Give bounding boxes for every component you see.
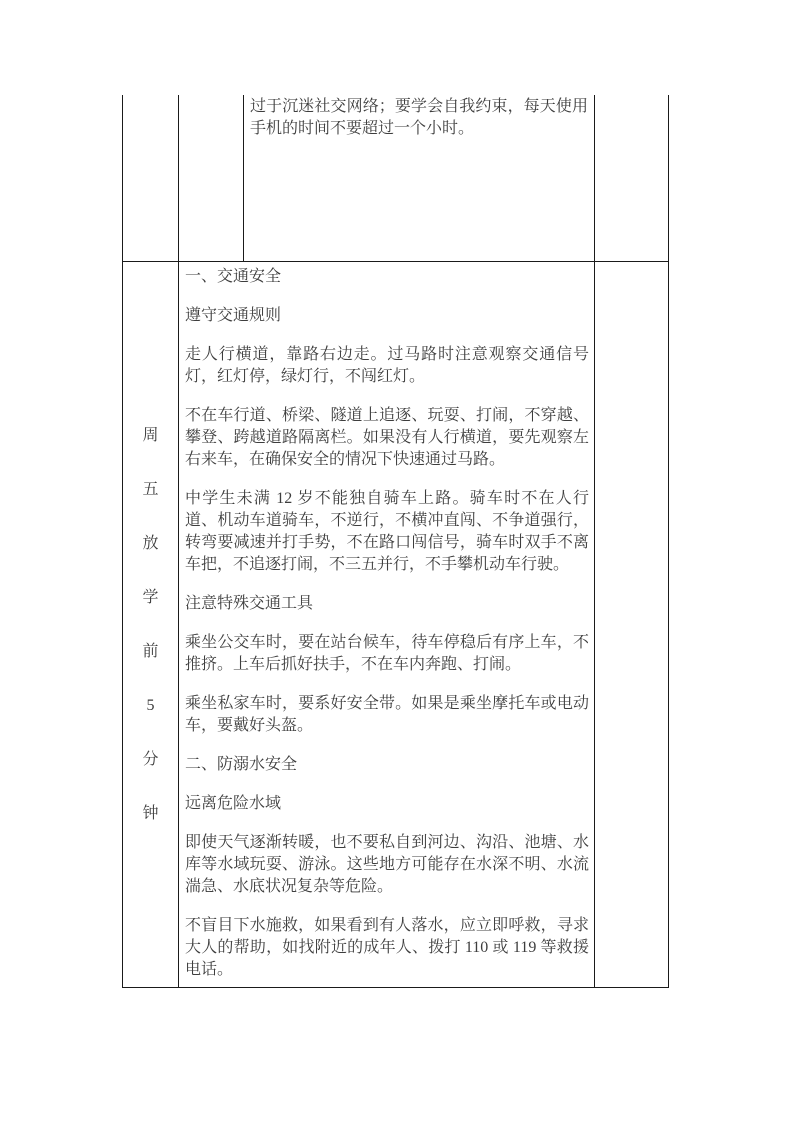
time-label-char: 分 [142, 733, 158, 787]
content-paragraph: 遵守交通规则 [185, 305, 589, 327]
content-paragraph: 走人行横道，靠路右边走。过马路时注意观察交通信号灯，红灯停，绿灯行，不闯红灯。 [185, 344, 589, 388]
table-row-current-record: 周五放学前5分钟 一、交通安全遵守交通规则走人行横道，靠路右边走。过马路时注意观… [122, 262, 669, 988]
time-label-char: 学 [142, 571, 158, 625]
content-paragraph: 二、防溺水安全 [185, 754, 589, 776]
time-label-char: 周 [142, 409, 158, 463]
time-label-char: 5 [147, 679, 155, 733]
content-paragraph: 乘坐私家车时，要系好安全带。如果是乘坐摩托车或电动车，要戴好头盔。 [185, 693, 589, 737]
content-paragraph: 中学生未满 12 岁不能独自骑车上路。骑车时不在人行道、机动车道骑车，不逆行，不… [185, 488, 589, 576]
table-row-previous-record: 过于沉迷社交网络；要学会自我约束，每天使用手机的时间不要超过一个小时。 [122, 95, 669, 262]
cell-time-empty [122, 95, 178, 261]
cell-main-content: 一、交通安全遵守交通规则走人行横道，靠路右边走。过马路时注意观察交通信号灯，红灯… [178, 262, 594, 987]
content-paragraph: 远离危险水域 [185, 793, 589, 815]
content-paragraph: 注意特殊交通工具 [185, 593, 589, 615]
time-label-char: 五 [142, 463, 158, 517]
content-paragraph: 即使天气逐渐转暖，也不要私自到河边、沟沿、池塘、水库等水域玩耍、游泳。这些地方可… [185, 832, 589, 898]
content-paragraph: 不盲目下水施救，如果看到有人落水，应立即呼救，寻求大人的帮助，如找附近的成年人、… [185, 915, 589, 981]
content-paragraph: 不在车行道、桥梁、隧道上追逐、玩耍、打闹，不穿越、攀登、跨越道路隔离栏。如果没有… [185, 405, 589, 471]
cell-previous-content: 过于沉迷社交网络；要学会自我约束，每天使用手机的时间不要超过一个小时。 [243, 95, 594, 261]
safety-education-table: 过于沉迷社交网络；要学会自我约束，每天使用手机的时间不要超过一个小时。 周五放学… [122, 95, 669, 988]
cell-time-label: 周五放学前5分钟 [122, 262, 178, 987]
cell-remark-empty [594, 95, 669, 261]
content-paragraph: 一、交通安全 [185, 266, 589, 288]
cell-sub-empty [178, 95, 243, 261]
cell-remark [594, 262, 669, 987]
content-paragraph: 乘坐公交车时，要在站台候车，待车停稳后有序上车，不推挤。上车后抓好扶手，不在车内… [185, 632, 589, 676]
time-label-char: 钟 [142, 787, 158, 841]
document-page: 过于沉迷社交网络；要学会自我约束，每天使用手机的时间不要超过一个小时。 周五放学… [0, 0, 793, 1122]
time-label-char: 放 [142, 517, 158, 571]
previous-content-text: 过于沉迷社交网络；要学会自我约束，每天使用手机的时间不要超过一个小时。 [250, 96, 588, 140]
time-label-char: 前 [142, 625, 158, 679]
